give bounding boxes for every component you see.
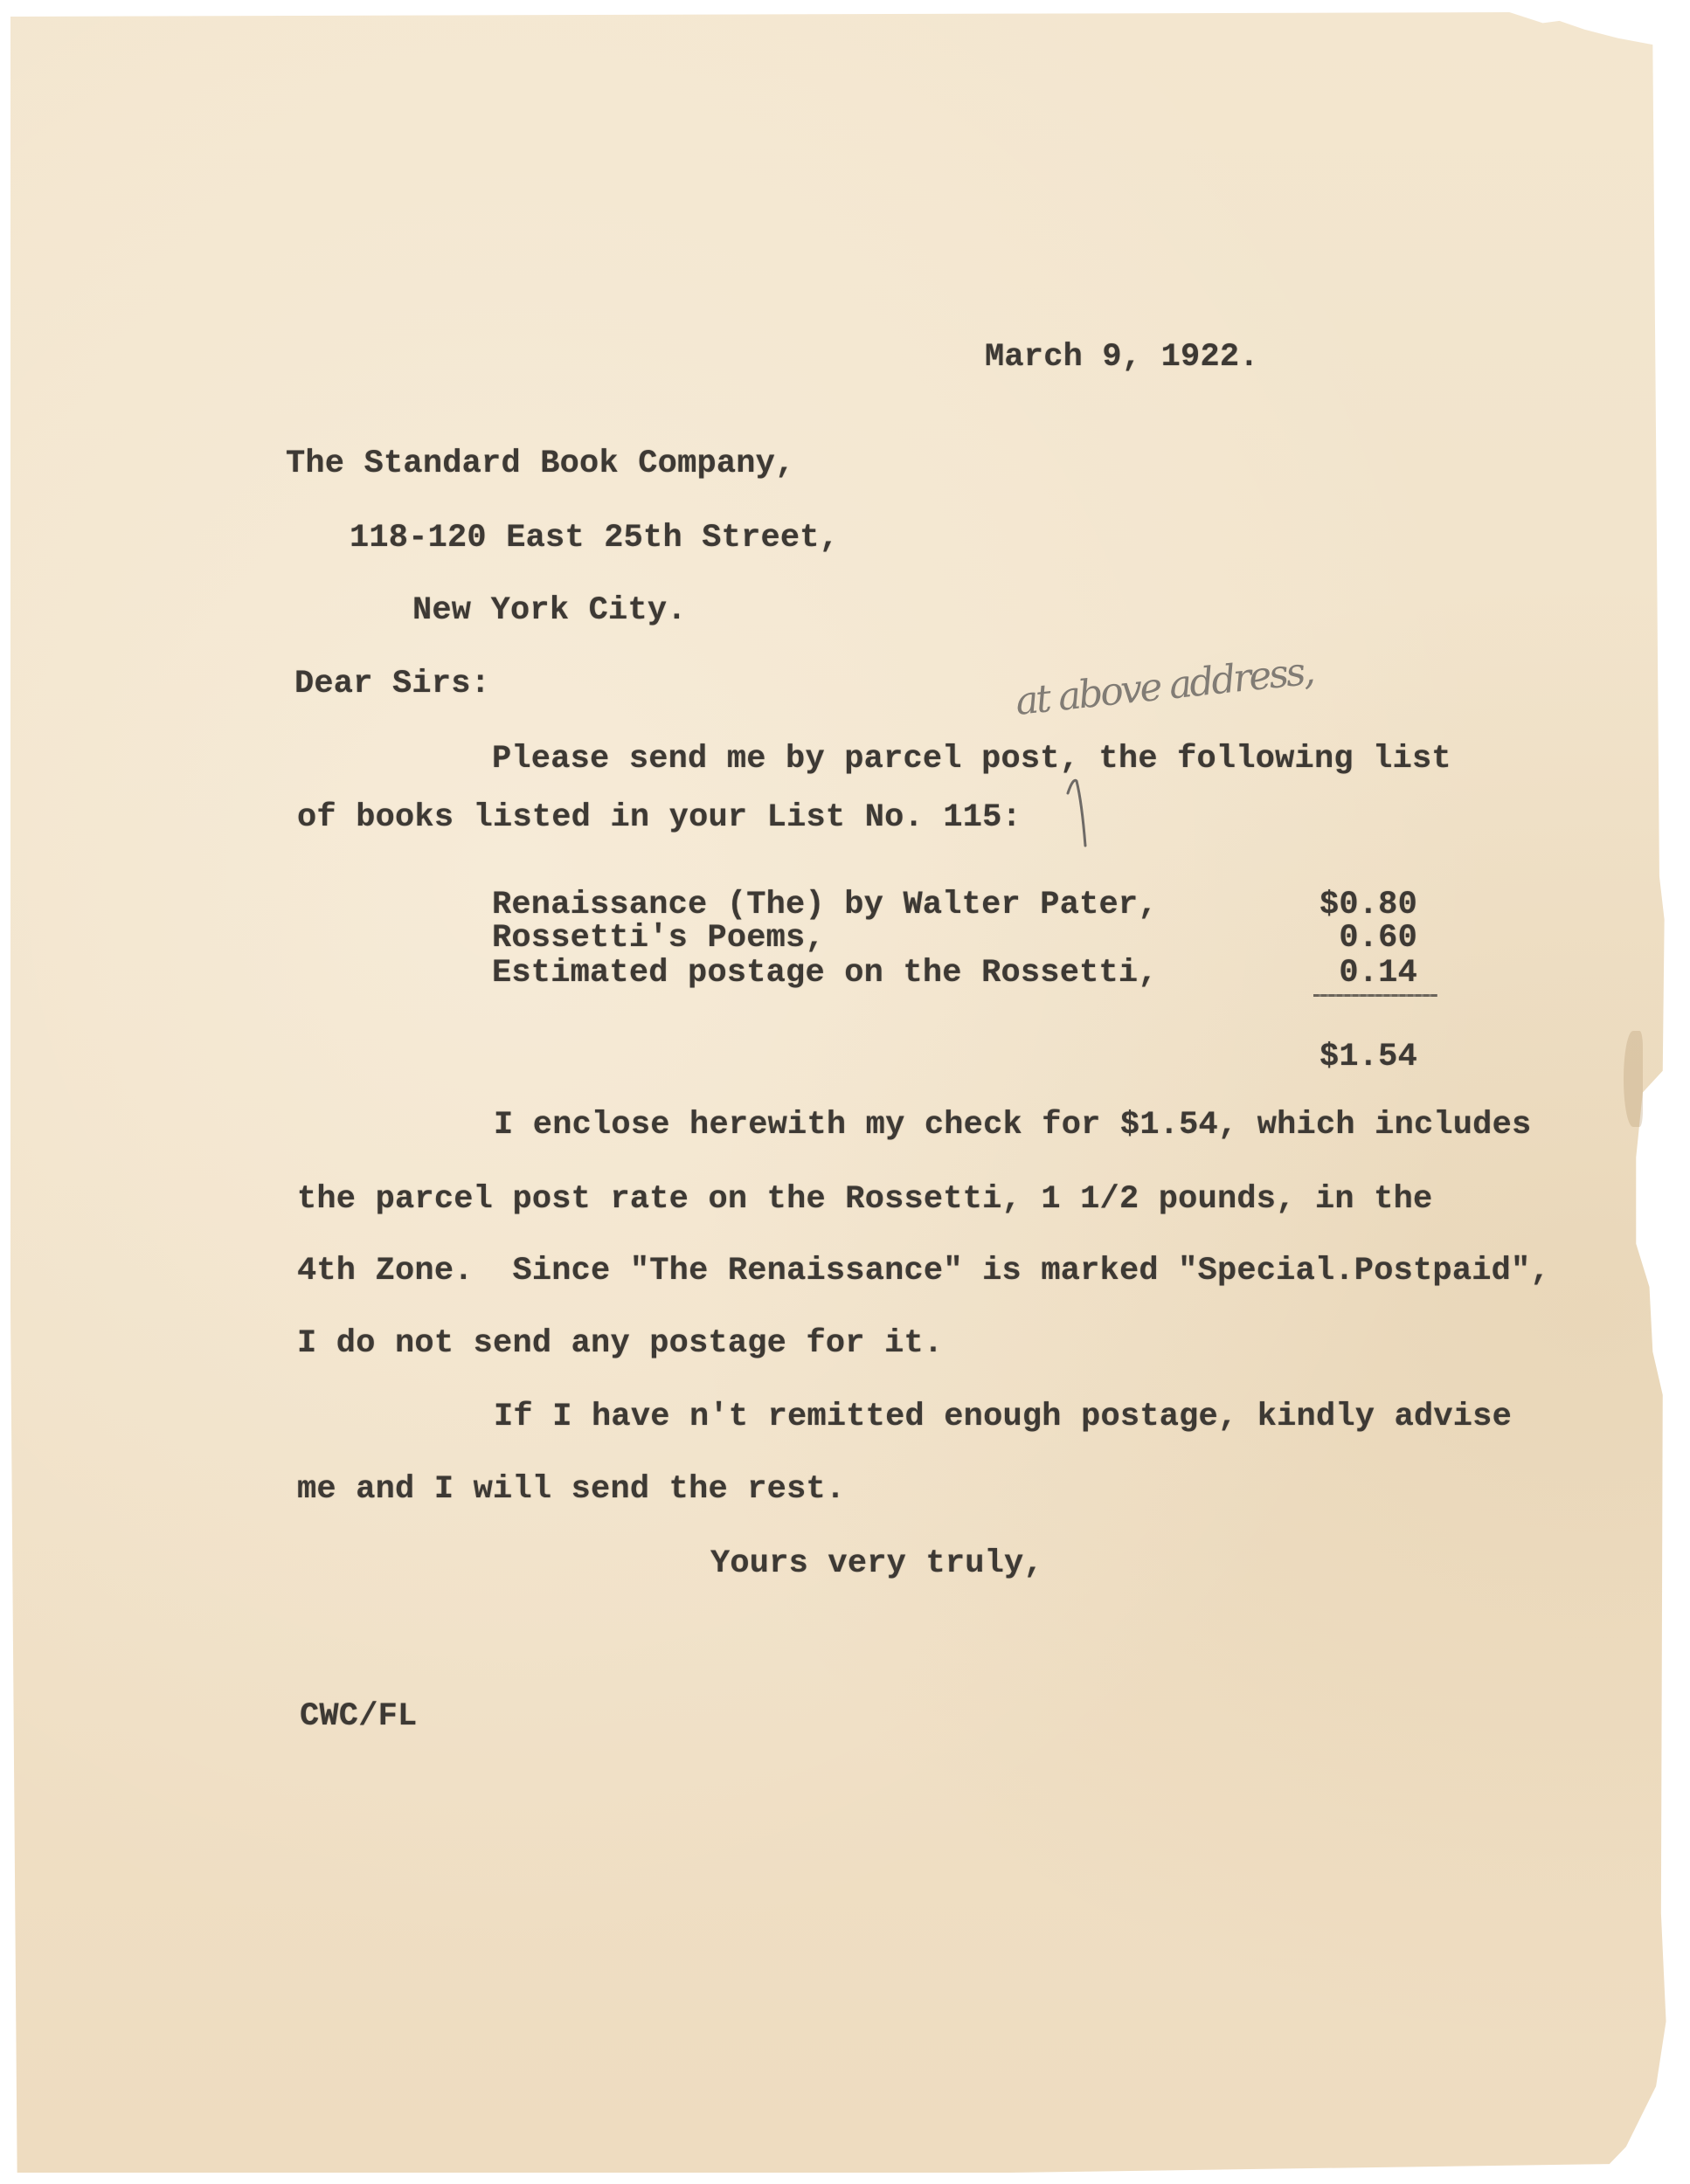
recipient-name: The Standard Book Company, [286,448,795,480]
recipient-street: 118-120 East 25th Street, [350,522,839,555]
reference-initials: CWC/FL [300,1701,417,1733]
item-amount: 0.60 [1295,923,1417,955]
item-amount: $0.80 [1295,889,1417,922]
sum-underline [1313,994,1437,997]
paragraph2-line4: I do not send any postage for it. [297,1328,943,1360]
paragraph3-line1: If I have n't remitted enough postage, k… [494,1401,1512,1434]
item-description: Renaissance (The) by Walter Pater, [492,889,1158,922]
item-description: Estimated postage on the Rossetti, [492,957,1158,990]
paragraph2-line3: 4th Zone. Since "The Renaissance" is mar… [297,1255,1550,1288]
letter-date: March 9, 1922. [985,342,1259,374]
closing: Yours very truly, [710,1548,1043,1580]
paragraph1-line2: of books listed in your List No. 115: [297,802,1022,834]
salutation: Dear Sirs: [294,668,490,701]
total-amount: $1.54 [1295,1041,1417,1074]
insertion-caret-icon [1064,776,1099,850]
item-description: Rossetti's Poems, [492,923,825,955]
paragraph2-line1: I enclose herewith my check for $1.54, w… [494,1109,1531,1142]
recipient-city: New York City. [412,595,687,627]
paragraph3-line2: me and I will send the rest. [297,1474,845,1506]
paper-tear-mark [1624,1031,1643,1127]
paragraph2-line2: the parcel post rate on the Rossetti, 1 … [297,1184,1432,1216]
letter-paper [10,12,1676,2173]
paragraph1-line1: Please send me by parcel post, the follo… [492,743,1451,776]
item-amount: 0.14 [1295,957,1417,990]
